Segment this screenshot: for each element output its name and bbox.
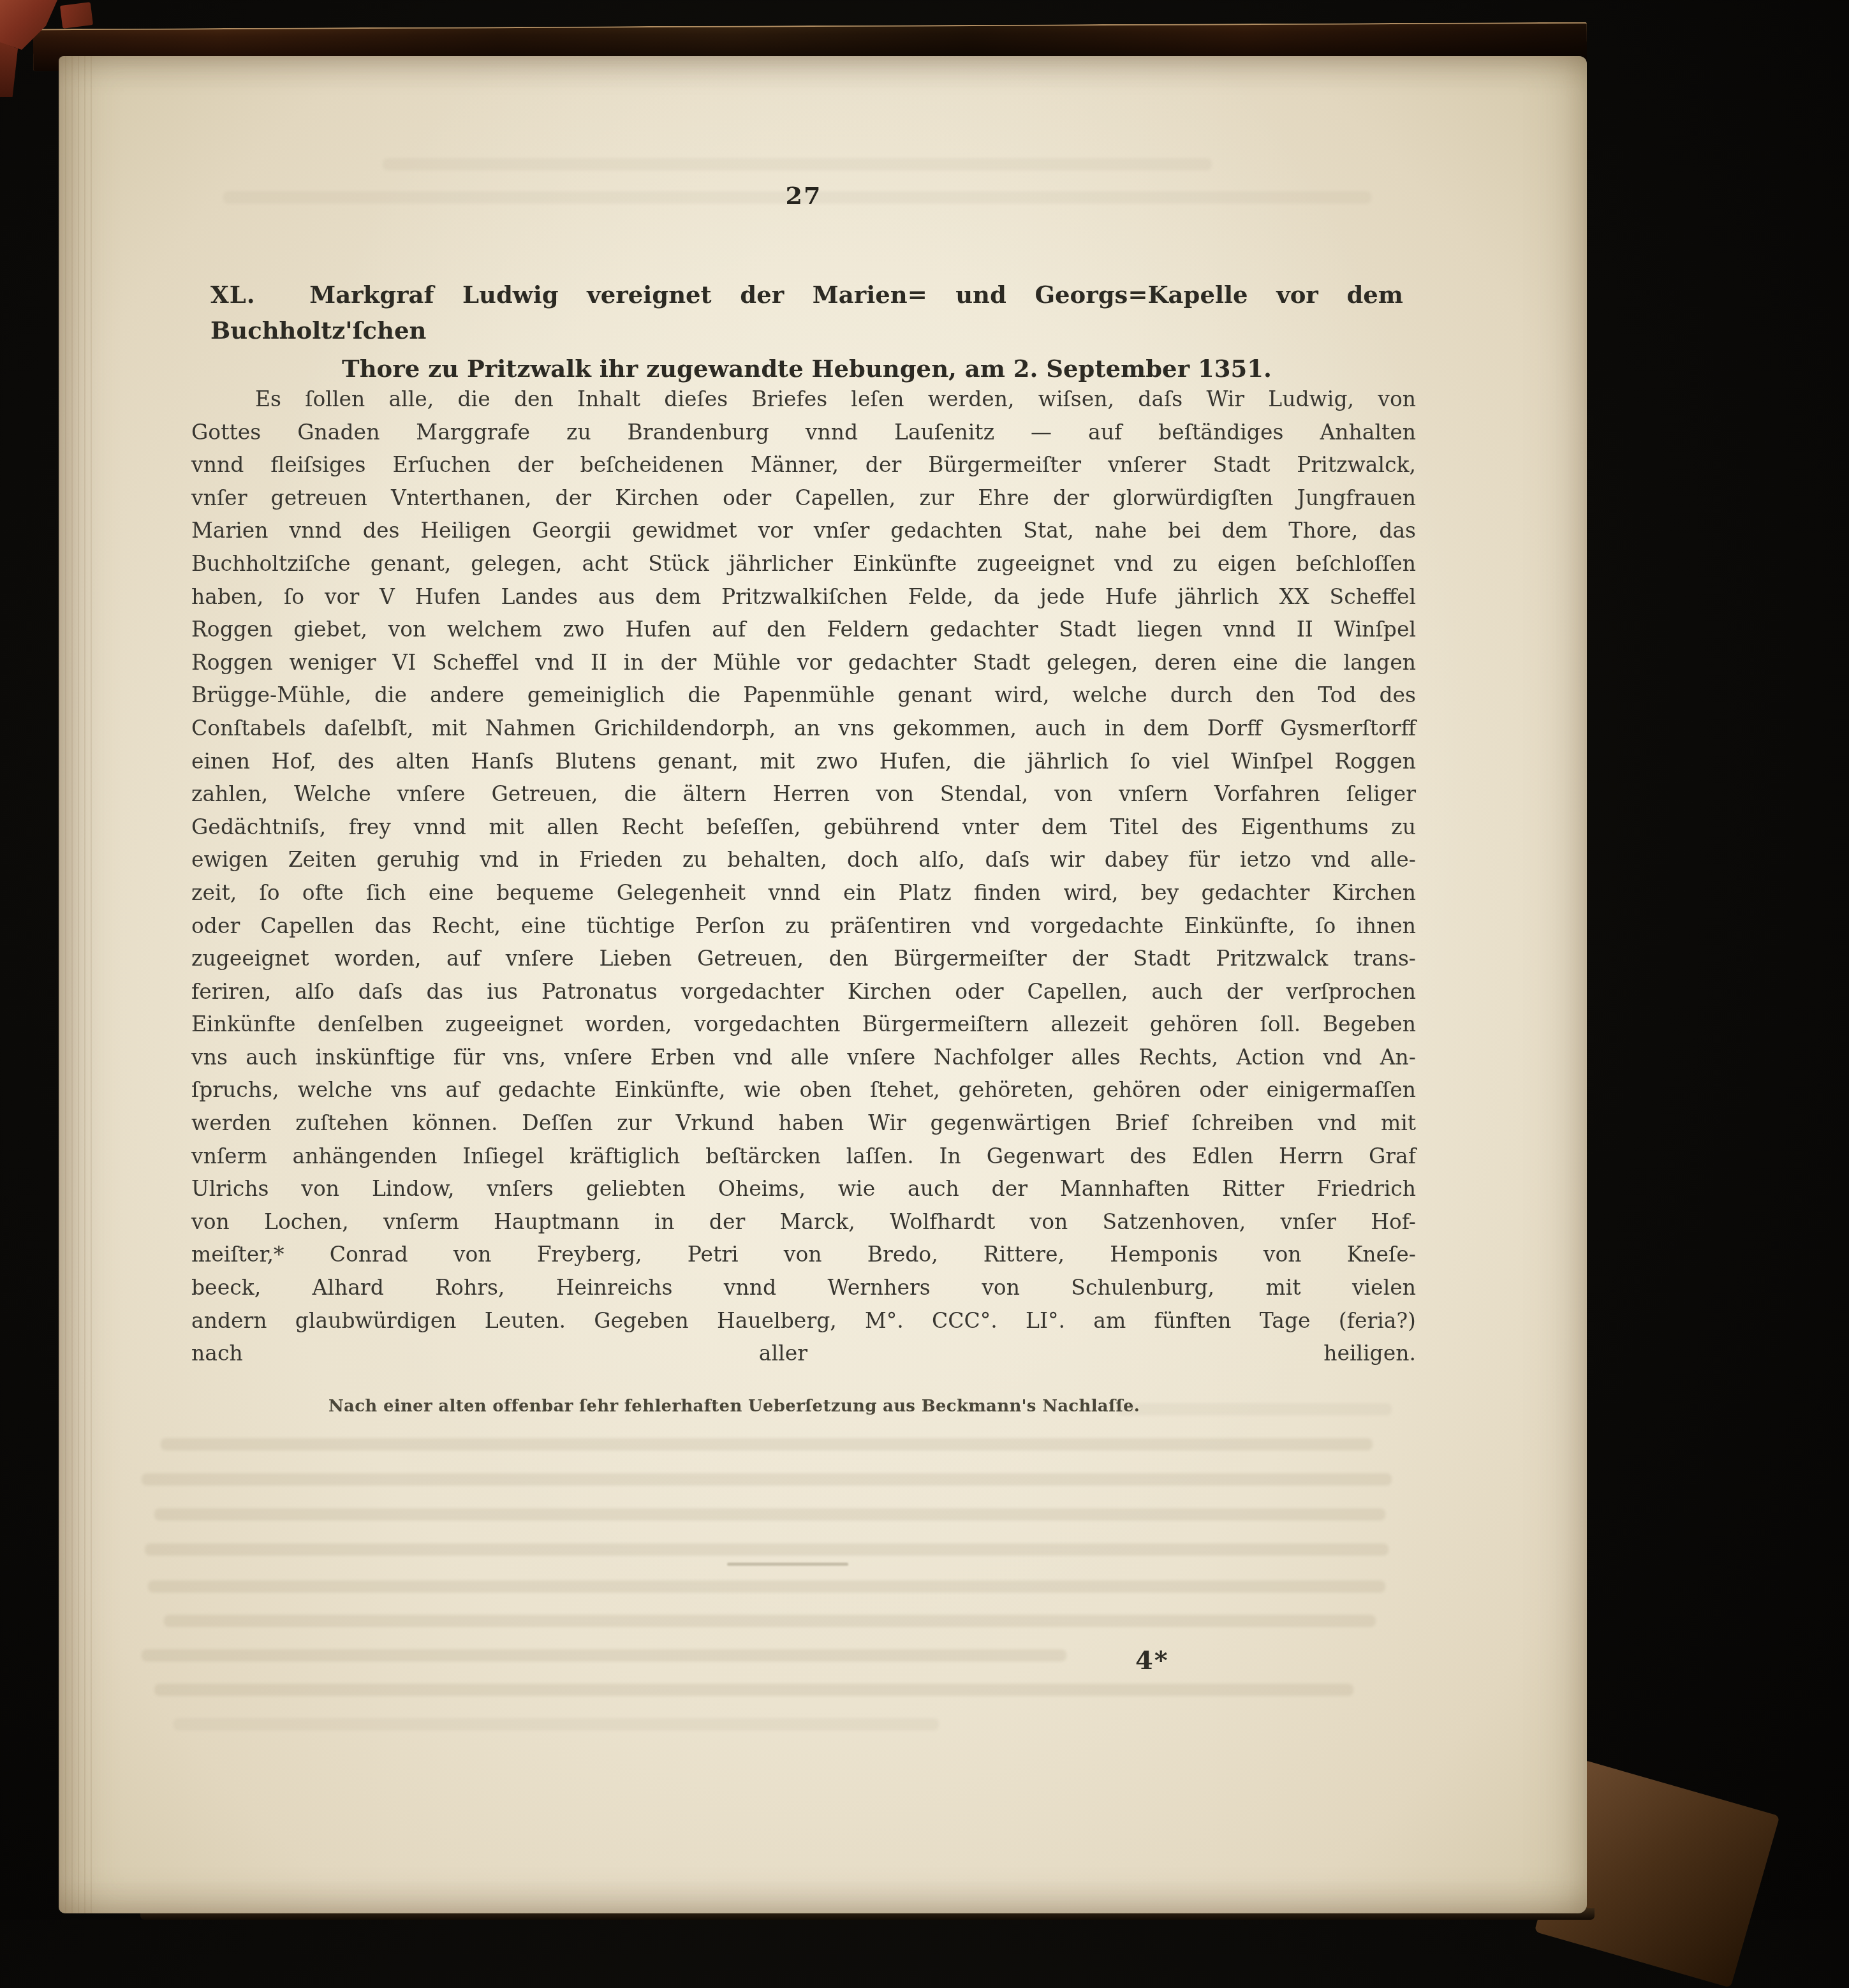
body-line: andern glaubwürdigen Leuten. Gegeben Hau… [191,1304,1416,1337]
body-line: Gedächtniſs, frey vnnd mit allen Recht b… [191,811,1416,844]
heading-numeral: XL. [210,281,281,309]
show-through-line [148,1580,1385,1593]
show-through-line [154,1508,1385,1520]
show-through-line [142,1473,1392,1485]
show-through-line [161,1438,1373,1450]
spine-leather-fragment [0,42,18,97]
body-line: Ulrichs von Lindow, vnſers geliebten Ohe… [191,1172,1416,1205]
body-line: vnſerm anhängenden Inſiegel kräftiglich … [191,1140,1416,1173]
body-line: zahlen, Welche vnſere Getreuen, die älte… [191,777,1416,811]
body-line: nach aller heiligen. [191,1337,1416,1370]
body-line: vns auch inskünftige für vns, vnſere Erb… [191,1041,1416,1074]
heading-title-text: Markgraf Ludwig vereignet der Marien= un… [210,281,1403,344]
body-line: haben, ſo vor V Hufen Landes aus dem Pri… [191,580,1416,614]
body-line: Gottes Gnaden Marggrafe zu Brandenburg v… [191,416,1416,449]
body-line: zugeeignet worden, auf vnſere Lieben Get… [191,942,1416,975]
page-number: 27 [191,181,1416,210]
body-line: zeit, ſo ofte ſich eine bequeme Gelegenh… [191,876,1416,909]
body-line: vnſer getreuen Vnterthanen, der Kirchen … [191,482,1416,515]
spine-leather-fragment [60,2,93,29]
show-through-rule [727,1563,848,1566]
body-line: beeck, Alhard Rohrs, Heinreichs vnnd Wer… [191,1271,1416,1304]
body-line: Brügge-Mühle, die andere gemeiniglich di… [191,679,1416,712]
body-line: Einkünfte denſelben zugeeignet worden, v… [191,1008,1416,1041]
body-text: Es ſollen alle, die den Inhalt dieſes Br… [191,383,1416,1370]
body-line: werden zuſtehen können. Deſſen zur Vrkun… [191,1107,1416,1140]
body-line: meiſter,* Conrad von Freyberg, Petri von… [191,1238,1416,1271]
heading-line-2: Thore zu Pritzwalk ihr zugewandte Hebung… [210,351,1403,387]
body-line: feriren, alſo daſs das ius Patronatus vo… [191,975,1416,1008]
body-line: vnnd fleiſsiges Erſuchen der beſcheidene… [191,448,1416,482]
body-line: ſpruchs, welche vns auf gedachte Einkünf… [191,1073,1416,1107]
body-line: Conſtabels daſelbſt, mit Nahmen Grichild… [191,712,1416,745]
page-stack-left-edge [59,56,93,1913]
document-heading: XL. Markgraf Ludwig vereignet der Marien… [210,277,1403,387]
signature-mark: 4* [1135,1646,1169,1675]
body-line: einen Hof, des alten Hanſs Blutens genan… [191,745,1416,778]
body-line: von Lochen, vnſerm Hauptmann in der Marc… [191,1205,1416,1239]
show-through-line [173,1718,939,1730]
body-line: Buchholtziſche genant, gelegen, acht Stü… [191,547,1416,580]
show-through-line [383,158,1212,170]
footnote: Nach einer alten offenbar ſehr fehlerhaf… [328,1397,1285,1416]
body-line: oder Capellen das Recht, eine tüchtige P… [191,909,1416,943]
body-line: Es ſollen alle, die den Inhalt dieſes Br… [191,383,1416,416]
show-through-line [142,1649,1066,1661]
show-through-line [154,1684,1353,1696]
body-line: ewigen Zeiten geruhig vnd in Frieden zu … [191,843,1416,876]
book-scan-scene: 27 XL. Markgraf Ludwig vereignet der Mar… [0,0,1849,1920]
show-through-line [164,1615,1376,1627]
book-page: 27 XL. Markgraf Ludwig vereignet der Mar… [59,56,1587,1913]
show-through-line [145,1543,1389,1556]
body-line: Marien vnnd des Heiligen Georgii gewidme… [191,514,1416,547]
body-line: Roggen giebet, von welchem zwo Hufen auf… [191,613,1416,646]
body-line: Roggen weniger VI Scheffel vnd II in der… [191,646,1416,679]
heading-line-1: XL. Markgraf Ludwig vereignet der Marien… [210,277,1403,348]
